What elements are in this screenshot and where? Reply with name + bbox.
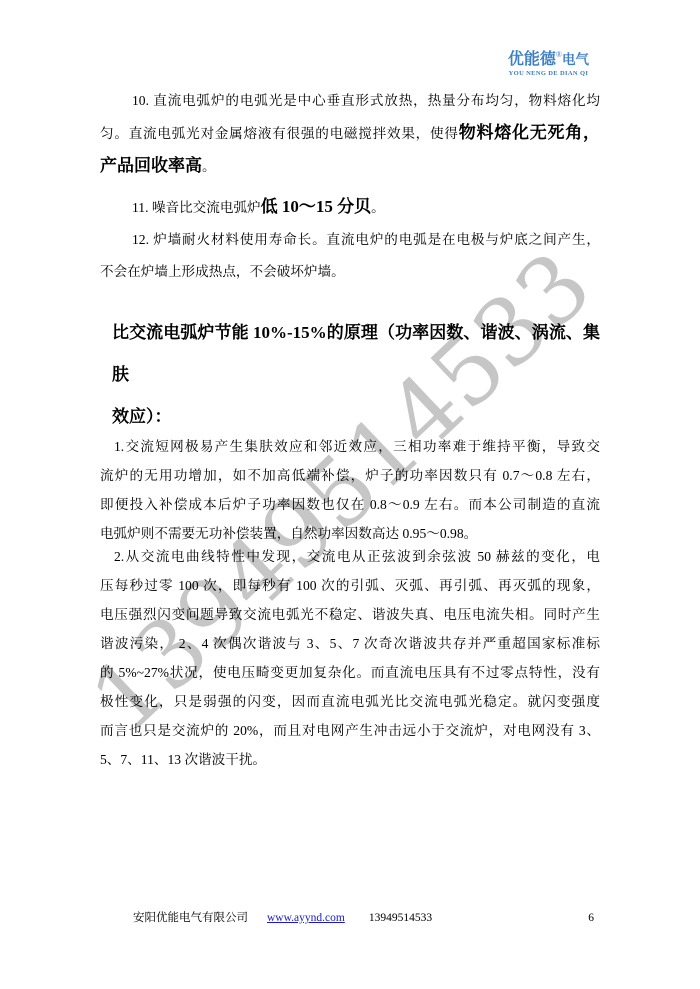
logo-chinese-name: 优能德®电气 (508, 46, 589, 68)
text-line: 而言也只是交流炉的 20%，而且对电网产生冲击远小于交流炉，对电网没有 3、 (100, 716, 600, 745)
text-line: 11. 噪音比交流电弧炉低 10～15 分贝。 (100, 191, 600, 224)
logo-main-text: 优能德 (508, 51, 556, 68)
text-line: 不会在炉墙上形成热点，不会破坏炉墙。 (100, 256, 600, 288)
logo-sub-text: 电气 (562, 52, 589, 67)
text-line: 极性变化，只是弱强的闪变，因而直流电弧光比交流电弧光稳定。就闪变强度 (100, 687, 600, 716)
page-number: 6 (588, 910, 594, 926)
footer-website-link[interactable]: www.ayynd.com (267, 910, 345, 926)
paragraph-11: 11. 噪音比交流电弧炉低 10～15 分贝。 (100, 191, 600, 224)
footer-phone-number: 13949514533 (369, 910, 432, 926)
paragraph-2: 2.从交流电曲线特性中发现，交流电从正弦波到余弦波 50 赫兹的变化，电压每秒过… (100, 542, 600, 774)
document-page: 13949514533 优能德®电气 YOU NENG DE DIAN QI 1… (0, 0, 700, 989)
text-line: 12. 炉墙耐火材料使用寿命长。直流电炉的电弧是在电极与炉底之间产生， (100, 224, 600, 256)
section-heading: 比交流电弧炉节能 10%-15%的原理（功率因数、谐波、涡流、集肤效应）： (112, 312, 600, 438)
text-line: 10. 直流电弧炉的电弧光是中心垂直形式放热，热量分布均匀，物料熔化均 (100, 85, 600, 117)
text-line: 比交流电弧炉节能 10%-15%的原理（功率因数、谐波、涡流、集肤 (112, 312, 600, 396)
text-line: 电压强烈闪变问题导致交流电弧光不稳定、谐波失真、电压电流失相。同时产生 (100, 600, 600, 629)
paragraph-1: 1.交流短网极易产生集肤效应和邻近效应，三相功率难于维持平衡，导致交流炉的无用功… (100, 432, 600, 548)
text-line: 1.交流短网极易产生集肤效应和邻近效应，三相功率难于维持平衡，导致交 (100, 432, 600, 461)
text-line: 5、7、11、13 次谐波干扰。 (100, 745, 600, 774)
text-line: 匀。直流电弧光对金属熔液有很强的电磁搅拌效果，使得物料熔化无死角， (100, 117, 600, 150)
text-line: 即便投入补偿成本后炉子功率因数也仅在 0.8～0.9 左右。而本公司制造的直流 (100, 490, 600, 519)
text-line: 2.从交流电曲线特性中发现，交流电从正弦波到余弦波 50 赫兹的变化，电 (100, 542, 600, 571)
text-line: 流炉的无用功增加，如不加高低端补偿，炉子的功率因数只有 0.7～0.8 左右， (100, 461, 600, 490)
text-line: 谐波污染， 2、4 次偶次谐波与 3、5、7 次奇次谐波共存并严重超国家标准标 (100, 629, 600, 658)
logo-pinyin-text: YOU NENG DE DIAN QI (508, 70, 589, 77)
text-line: 压每秒过零 100 次，即每秒有 100 次的引弧、灭弧、再引弧、再灭弧的现象， (100, 571, 600, 600)
text-line: 的 5%~27%状况，使电压畸变更加复杂化。而直流电压具有不过零点特性，没有 (100, 658, 600, 687)
company-logo: 优能德®电气 YOU NENG DE DIAN QI (508, 46, 589, 77)
document-body: 10. 直流电弧炉的电弧光是中心垂直形式放热，热量分布均匀，物料熔化均匀。直流电… (100, 85, 600, 774)
footer-company-name: 安阳优能电气有限公司 (133, 910, 248, 926)
paragraph-12: 12. 炉墙耐火材料使用寿命长。直流电炉的电弧是在电极与炉底之间产生，不会在炉墙… (100, 224, 600, 288)
page-footer: 安阳优能电气有限公司 www.ayynd.com 13949514533 (100, 910, 600, 926)
paragraph-10: 10. 直流电弧炉的电弧光是中心垂直形式放热，热量分布均匀，物料熔化均匀。直流电… (100, 85, 600, 183)
text-line: 产品回收率高。 (100, 150, 600, 183)
